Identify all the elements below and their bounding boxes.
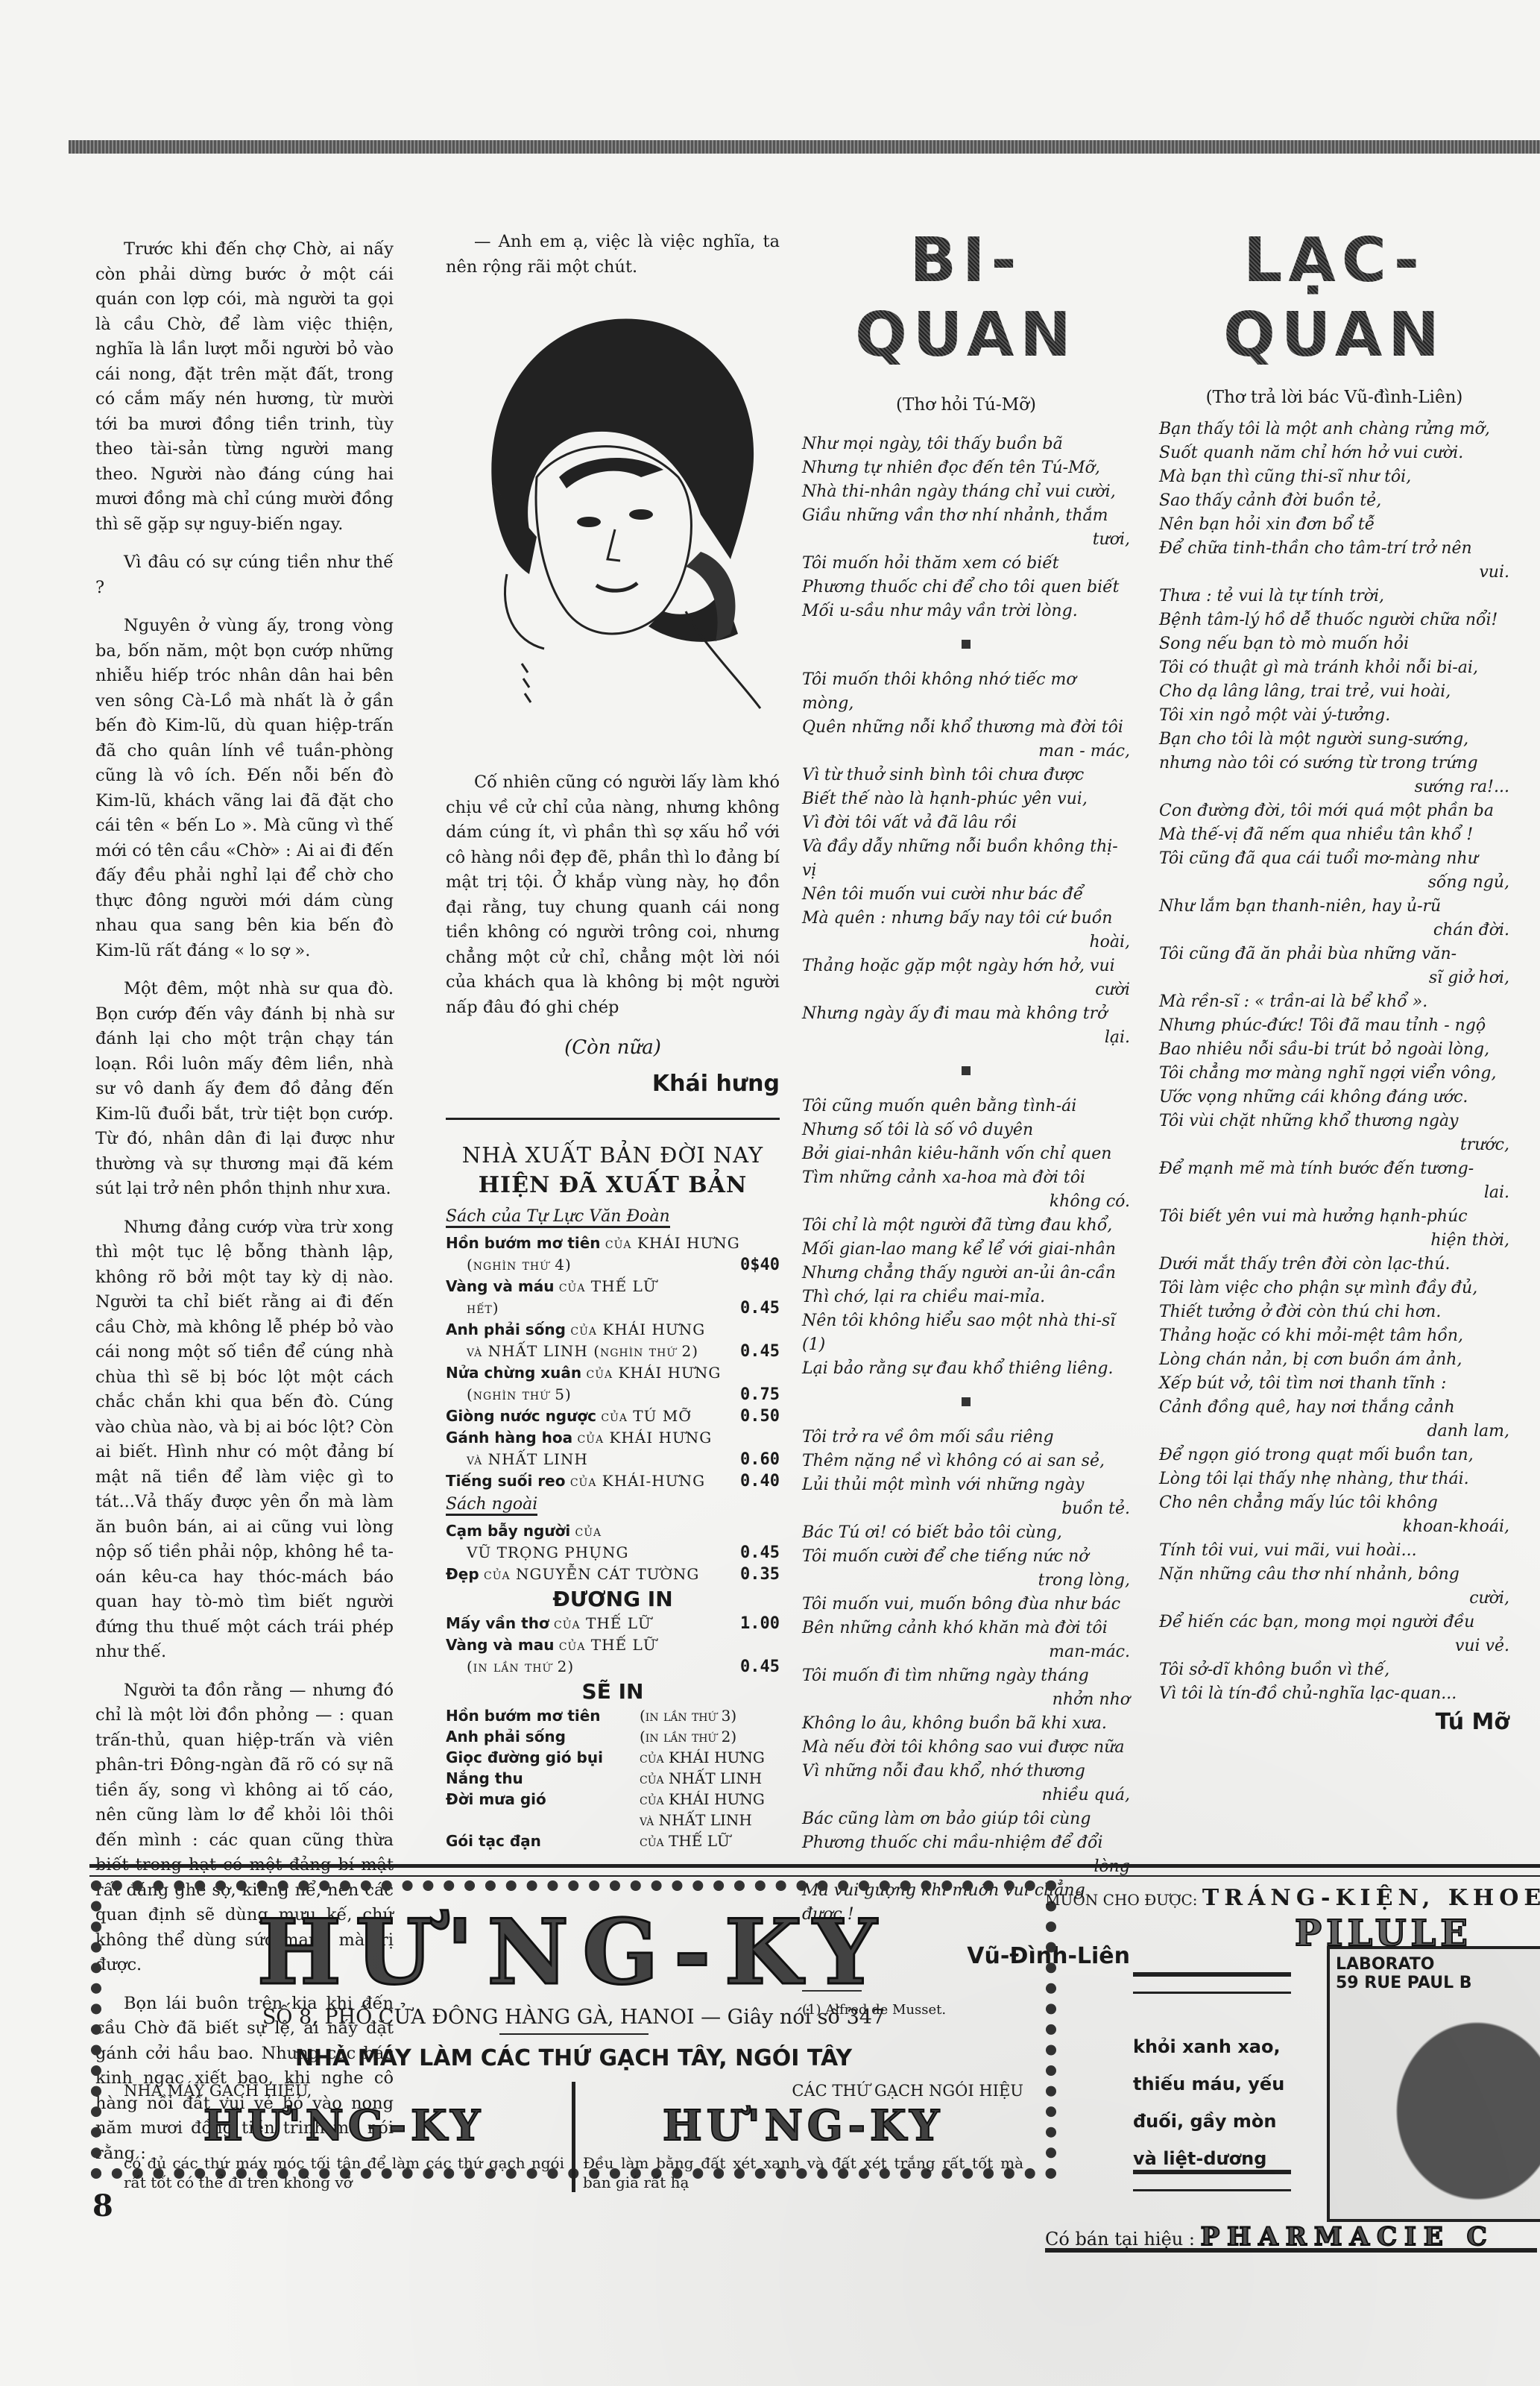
poem-line: Nhưng tự nhiên đọc đến tên Tú-Mỡ, bbox=[802, 456, 1130, 480]
poem-line: Mối u-sầu như mây vần trời lòng. bbox=[802, 599, 1130, 623]
book-title: Mấy vần thơ bbox=[446, 1614, 549, 1632]
book-listing: Tiếng suối reo của KHÁI-HƯNG0.40 bbox=[446, 1470, 780, 1492]
book-note: hết) bbox=[446, 1299, 499, 1317]
poem-line: Cho nên chẳng mấy lúc tôi không bbox=[1159, 1491, 1509, 1515]
lab-name: LABORATO bbox=[1336, 1955, 1540, 1974]
book-listing: Đẹp của NGUYỄN CÁT TƯỜNG0.35 bbox=[446, 1564, 780, 1585]
stanza-separator-icon bbox=[962, 1397, 971, 1406]
poem-line: Thưa : tẻ vui là tự tính trời, bbox=[1159, 585, 1509, 608]
story-author: Khái hưng bbox=[446, 1071, 780, 1097]
lab-address: 59 RUE PAUL B bbox=[1336, 1974, 1540, 1992]
poem-line-wrap: man - mác, bbox=[802, 740, 1130, 764]
poem-line-wrap: lại. bbox=[802, 1026, 1130, 1050]
upcoming-info: (in lần thứ 3) bbox=[640, 1705, 780, 1726]
poem-line: Nên bạn hỏi xin đơn bổ tễ bbox=[1159, 513, 1509, 537]
poem-line: Xếp bút vở, tôi tìm nơi thanh tĩnh : bbox=[1159, 1372, 1509, 1396]
book-info: Giòng nước ngược của TÚ MỠ bbox=[446, 1406, 692, 1427]
book-info: Cạm bẫy người củaVŨ TRỌNG PHỤNG bbox=[446, 1520, 629, 1564]
upcoming-info: (in lần thứ 2) bbox=[640, 1726, 780, 1747]
upcoming-info: của KHÁI HƯNG bbox=[640, 1747, 780, 1768]
panel-brand: HƯ'NG-KY bbox=[583, 2101, 1023, 2150]
poem-line: Tôi cũng muốn quên bằng tình-ái bbox=[802, 1095, 1130, 1118]
book-note: (nghìn thứ 4) bbox=[446, 1256, 572, 1274]
poem-lacquan: LẠC-QUAN (Thơ trả lời bác Vũ-đình-Liên) … bbox=[1159, 224, 1509, 1735]
poem-biquan: BI-QUAN (Thơ hỏi Tú-Mỡ) Như mọi ngày, tô… bbox=[802, 224, 1130, 2018]
poem-line: Vì từ thuở sinh bình tôi chưa được bbox=[802, 764, 1130, 787]
poem-line: Tôi chẳng mơ màng nghĩ ngợi viển vông, bbox=[1159, 1062, 1509, 1086]
book-price: 0.45 bbox=[740, 1542, 780, 1564]
hungky-brand: HƯ'NG-KY bbox=[116, 1904, 1031, 2001]
story-dialogue: — Anh em ạ, việc là việc nghĩa, ta nên r… bbox=[446, 230, 780, 280]
poem-line: Bệnh tâm-lý hồ dễ thuốc người chữa nổi! bbox=[1159, 608, 1509, 632]
poem-line-wrap: tươi, bbox=[802, 528, 1130, 552]
poem-line: Phương thuốc chi mầu-nhiệm để đổi bbox=[802, 1831, 1130, 1855]
poem-line: Tìm những cảnh xa-hoa mà đời tôi bbox=[802, 1166, 1130, 1190]
poem-line: Nặn những câu thơ nhí nhảnh, bông bbox=[1159, 1563, 1509, 1587]
poem-line: Tôi chỉ là một người đã từng đau khổ, bbox=[802, 1214, 1130, 1238]
page-number: 8 bbox=[92, 2188, 113, 2223]
poem-line: Vì tôi là tín-đồ chủ-nghĩa lạc-quan... bbox=[1159, 1682, 1509, 1706]
story-paragraph: Nhưng đảng cướp vừa trừ xong thì một tục… bbox=[95, 1215, 394, 1665]
book-author: của TÚ MỠ bbox=[601, 1407, 691, 1425]
poem-line: Dưới mắt thấy trên đời còn lạc-thú. bbox=[1159, 1253, 1509, 1277]
book-title: Hồn bướm mơ tiên bbox=[446, 1234, 601, 1252]
poem-line: Biết thế nào là hạnh-phúc yên vui, bbox=[802, 787, 1130, 811]
poem-subtitle: (Thơ hỏi Tú-Mỡ) bbox=[802, 395, 1130, 415]
poem-line: Giầu những vần thơ nhí nhảnh, thắm bbox=[802, 504, 1130, 528]
poem-line: Bác cũng làm ơn bảo giúp tôi cùng bbox=[802, 1807, 1130, 1831]
upcoming-title: Đời mưa gió bbox=[446, 1789, 640, 1810]
poem-line-wrap: nhởn nhơ bbox=[802, 1688, 1130, 1712]
poem-line-wrap: cười bbox=[802, 978, 1130, 1002]
poem-line: Nên tôi không hiểu sao một nhà thi-sĩ (1… bbox=[802, 1309, 1130, 1357]
poem-line: nhưng nào tôi có sướng từ trong trứng bbox=[1159, 752, 1509, 775]
decorative-rule bbox=[1133, 2170, 1291, 2191]
poem-line: Bao nhiêu nỗi sầu-bi trút bỏ ngoài lòng, bbox=[1159, 1038, 1509, 1062]
stanza-separator-icon bbox=[962, 1066, 971, 1075]
poem-title: LẠC-QUAN bbox=[1159, 224, 1509, 373]
poem-line-wrap: sĩ giở hơi, bbox=[1159, 966, 1509, 990]
poem-line: Mà bạn thì cũng thi-sĩ như tôi, bbox=[1159, 465, 1509, 489]
book-author: của THẾ LỮ bbox=[554, 1614, 651, 1632]
upcoming-book: và NHẤT LINH bbox=[446, 1810, 780, 1831]
poem-line: Tôi muốn thôi không nhớ tiếc mơ mòng, bbox=[802, 668, 1130, 716]
woman-illustration bbox=[462, 291, 775, 746]
stanza-separator-icon bbox=[962, 640, 971, 649]
pilule-tagline: MUỐN CHO ĐƯỢC: TRÁNG-KIỆN, KHOE bbox=[1045, 1885, 1540, 1911]
poem-line-wrap: nhiều quá, bbox=[802, 1784, 1130, 1807]
book-info: Vàng và máu của THẾ LỮhết) bbox=[446, 1276, 657, 1319]
poem-line: Tôi muốn cười để che tiếng nức nở bbox=[802, 1545, 1130, 1569]
poem-line: Nhưng chẳng thấy người an-ủi ân-cần bbox=[802, 1262, 1130, 1285]
book-author: của KHÁI-HƯNG bbox=[570, 1472, 705, 1490]
book-info: Nửa chừng xuân của KHÁI HƯNG(nghìn thứ 5… bbox=[446, 1362, 721, 1406]
book-author: của NGUYỄN CÁT TƯỜNG bbox=[484, 1565, 699, 1583]
book-author: của THẾ LỮ bbox=[559, 1636, 657, 1654]
upcoming-title: Hồn bướm mơ tiên bbox=[446, 1705, 640, 1726]
book-price: 0.60 bbox=[740, 1449, 780, 1470]
book-note: và NHẤT LINH bbox=[446, 1450, 588, 1468]
upcoming-info: của THẾ LỮ bbox=[640, 1831, 780, 1851]
decorative-rule bbox=[1133, 1972, 1291, 1994]
poem-line: Lòng chán nản, bị cơn buồn ám ảnh, bbox=[1159, 1348, 1509, 1372]
hungky-right-panel: CÁC THỨ GẠCH NGÓI HIỆU HƯ'NG-KY Đều làm … bbox=[575, 2082, 1031, 2192]
book-listing: Giòng nước ngược của TÚ MỠ0.50 bbox=[446, 1406, 780, 1427]
poem-line-wrap: man-mác. bbox=[802, 1640, 1130, 1664]
poem-stanza: Tôi cũng muốn quên bằng tình-áiNhưng số … bbox=[802, 1095, 1130, 1381]
book-title: Vàng và máu bbox=[446, 1277, 554, 1295]
poem-line-wrap: buồn tẻ. bbox=[802, 1497, 1130, 1521]
upcoming-book: Giọc đường gió bụicủa KHÁI HƯNG bbox=[446, 1747, 780, 1768]
book-info: Mấy vần thơ của THẾ LỮ bbox=[446, 1613, 651, 1634]
book-price: 0.45 bbox=[740, 1656, 780, 1678]
book-listing: Vàng và mau của THẾ LỮ(in lần thứ 2)0.45 bbox=[446, 1634, 780, 1678]
book-info: Tiếng suối reo của KHÁI-HƯNG bbox=[446, 1470, 705, 1492]
book-listing: Cạm bẫy người củaVŨ TRỌNG PHỤNG0.45 bbox=[446, 1520, 780, 1564]
book-info: Gánh hàng hoa của KHÁI HƯNGvà NHẤT LINH bbox=[446, 1427, 712, 1470]
upcoming-title bbox=[446, 1810, 640, 1831]
printing-heading: ĐƯƠNG IN bbox=[446, 1587, 780, 1611]
book-info: Anh phải sống của KHÁI HƯNGvà NHẤT LINH … bbox=[446, 1319, 705, 1362]
seller-label: Có bán tại hiệu : bbox=[1045, 2229, 1195, 2250]
poem-line: Tôi xin ngỏ một vài ý-tưởng. bbox=[1159, 704, 1509, 728]
poem-line-wrap: không có. bbox=[802, 1190, 1130, 1214]
book-note: (in lần thứ 2) bbox=[446, 1658, 574, 1675]
tagline-value: TRÁNG-KIỆN, KHOE bbox=[1202, 1885, 1540, 1911]
book-title: Nửa chừng xuân bbox=[446, 1364, 581, 1382]
poem-line: Mối gian-lao mang kể lể với giai-nhân bbox=[802, 1238, 1130, 1262]
book-listing: Hồn bướm mơ tiên của KHÁI HƯNG(nghìn thứ… bbox=[446, 1233, 780, 1276]
poem-line: Tôi vùi chặt những khổ thương ngày bbox=[1159, 1109, 1509, 1133]
poem-line-wrap: danh lam, bbox=[1159, 1420, 1509, 1444]
panel-caption: NHÀ MÁY GẠCH HIỆU, bbox=[124, 2082, 564, 2100]
upcoming-info: của NHẤT LINH bbox=[640, 1768, 780, 1789]
book-title: Anh phải sống bbox=[446, 1321, 566, 1338]
poem-subtitle: (Thơ trả lời bác Vũ-đình-Liên) bbox=[1159, 388, 1509, 407]
publisher-ad: NHÀ XUẤT BẢN ĐỜI NAY HIỆN ĐÃ XUẤT BẢN Sá… bbox=[446, 1142, 780, 1851]
poem-author: Tú Mỡ bbox=[1159, 1709, 1509, 1735]
book-listing: Gánh hàng hoa của KHÁI HƯNGvà NHẤT LINH0… bbox=[446, 1427, 780, 1470]
upcoming-book: Đời mưa giócủa KHÁI HƯNG bbox=[446, 1789, 780, 1810]
section-label: Sách ngoài bbox=[446, 1495, 537, 1516]
book-listing: Anh phải sống của KHÁI HƯNGvà NHẤT LINH … bbox=[446, 1319, 780, 1362]
poem-line-wrap: vui vẻ. bbox=[1159, 1634, 1509, 1658]
story-paragraph: Vì đâu có sự cúng tiền như thế ? bbox=[95, 550, 394, 600]
ad-bottom-rule bbox=[1045, 2248, 1537, 2253]
upcoming-title: Nắng thu bbox=[446, 1768, 640, 1789]
poem-line: Bạn cho tôi là một người sung-sướng, bbox=[1159, 728, 1509, 752]
book-author: của KHÁI HƯNG bbox=[587, 1364, 722, 1382]
pilule-benefit: khỏi xanh xao, thiếu máu, yếu đuối, gầy … bbox=[1133, 2028, 1297, 2177]
panel-body: Đều làm bằng đất xét xanh và đất xét trắ… bbox=[583, 2153, 1023, 2192]
poem-line: Tôi cũng đã ăn phải bùa những văn- bbox=[1159, 942, 1509, 966]
poem-line: Tính tôi vui, vui mãi, vui hoài... bbox=[1159, 1539, 1509, 1563]
poem-line: Để ngọn gió trong quạt mối buồn tan, bbox=[1159, 1444, 1509, 1467]
ornament-rule bbox=[499, 2033, 648, 2035]
seller-name: PHARMACIE C bbox=[1201, 2222, 1495, 2252]
poem-line: Mà rền-sĩ : « trần-ai là bể khổ ». bbox=[1159, 990, 1509, 1014]
poem-line-wrap: khoan-khoái, bbox=[1159, 1515, 1509, 1539]
header-rule bbox=[69, 140, 1540, 154]
poem-line: Cảnh đồng quê, hay nơi thắng cảnh bbox=[1159, 1396, 1509, 1420]
poem-line: Nhưng phúc-đức! Tôi đã mau tỉnh - ngộ bbox=[1159, 1014, 1509, 1038]
book-note: và NHẤT LINH (nghìn thứ 2) bbox=[446, 1342, 698, 1360]
poem-line-wrap: hiện thời, bbox=[1159, 1229, 1509, 1253]
hungky-headline: NHÀ MÁY LÀM CÁC THỨ GẠCH TÂY, NGÓI TÂY bbox=[116, 2045, 1031, 2071]
book-note: VŨ TRỌNG PHỤNG bbox=[446, 1543, 629, 1561]
poem-line: Thảng hoặc có khi mỏi-mệt tâm hồn, bbox=[1159, 1324, 1509, 1348]
poem-line: Bác Tú ơi! có biết bảo tôi cùng, bbox=[802, 1521, 1130, 1545]
poem-line: Bạn thấy tôi là một anh chàng rửng mỡ, bbox=[1159, 418, 1509, 441]
poem-title: BI-QUAN bbox=[802, 224, 1130, 373]
book-listing: Nửa chừng xuân của KHÁI HƯNG(nghìn thứ 5… bbox=[446, 1362, 780, 1406]
book-title: Gánh hàng hoa bbox=[446, 1429, 572, 1447]
section-label: Sách của Tự Lực Văn Đoàn bbox=[446, 1207, 670, 1228]
poem-line: Con đường đời, tôi mới quá một phần ba bbox=[1159, 799, 1509, 823]
poem-line: Quên những nỗi khổ thương mà đời tôi bbox=[802, 716, 1130, 740]
poem-line: Tôi muốn vui, muốn bông đùa như bác bbox=[802, 1593, 1130, 1617]
poem-line: Tôi biết yên vui mà hưởng hạnh-phúc bbox=[1159, 1205, 1509, 1229]
poem-line: Mà quên : nhưng bấy nay tôi cứ buồn bbox=[802, 907, 1130, 931]
book-author: của bbox=[575, 1522, 602, 1540]
book-author: của KHÁI HƯNG bbox=[605, 1234, 740, 1252]
poem-line: Thiết tưởng ở đời còn thú chi hơn. bbox=[1159, 1300, 1509, 1324]
poem-line: Như mọi ngày, tôi thấy buồn bã bbox=[802, 432, 1130, 456]
upcoming-title: Gói tạc đạn bbox=[446, 1831, 640, 1851]
poem-line: Để mạnh mẽ mà tính bước đến tương- bbox=[1159, 1157, 1509, 1181]
upcoming-book: Anh phải sống(in lần thứ 2) bbox=[446, 1726, 780, 1747]
book-price: 0.40 bbox=[740, 1470, 780, 1492]
poem-line: Sao thấy cảnh đời buồn tẻ, bbox=[1159, 489, 1509, 513]
poem-line: Suốt quanh năm chỉ hớn hở vui cười. bbox=[1159, 441, 1509, 465]
poem-line-wrap: vui. bbox=[1159, 561, 1509, 585]
book-price: 0.75 bbox=[740, 1384, 780, 1406]
upcoming-title: Giọc đường gió bụi bbox=[446, 1747, 640, 1768]
poem-line: Tôi trở ra về ôm mối sầu riêng bbox=[802, 1426, 1130, 1449]
poem-line: Lại bảo rằng sự đau khổ thiêng liêng. bbox=[802, 1357, 1130, 1381]
book-title: Đẹp bbox=[446, 1565, 479, 1583]
poem-line-wrap: hoài, bbox=[802, 931, 1130, 954]
poem-line: Bên những cảnh khó khăn mà đời tôi bbox=[802, 1617, 1130, 1640]
poem-line: Tôi muốn đi tìm những ngày tháng bbox=[802, 1664, 1130, 1688]
poem-line: Song nếu bạn tò mò muốn hỏi bbox=[1159, 632, 1509, 656]
pilule-seller: Có bán tại hiệu : PHARMACIE C bbox=[1045, 2222, 1495, 2252]
hungky-ad: HƯ'NG-KY SỐ 8, PHỐ CỬA ĐÔNG HÀNG GÀ, HAN… bbox=[91, 1880, 1056, 2179]
poem-line: Nhưng số tôi là số vô duyên bbox=[802, 1118, 1130, 1142]
poem-line: Tôi có thuật gì mà tránh khỏi nỗi bi-ai, bbox=[1159, 656, 1509, 680]
upcoming-info: và NHẤT LINH bbox=[640, 1810, 780, 1831]
poem-line: Để chữa tinh-thần cho tâm-trí trở nên bbox=[1159, 537, 1509, 561]
book-info: Đẹp của NGUYỄN CÁT TƯỜNG bbox=[446, 1564, 699, 1585]
poem-line: Tôi làm việc cho phận sự mình đầy đủ, bbox=[1159, 1277, 1509, 1300]
poem-line: Vì đời tôi vất vả đã lâu rồi bbox=[802, 811, 1130, 835]
poem-line: Không lo âu, không buồn bã khi xưa. bbox=[802, 1712, 1130, 1736]
poem-line: Cho dạ lâng lâng, trai trẻ, vui hoài, bbox=[1159, 680, 1509, 704]
poem-stanza: Như mọi ngày, tôi thấy buồn bãNhưng tự n… bbox=[802, 432, 1130, 623]
poem-line: Tôi sở-dĩ không buồn vì thế, bbox=[1159, 1658, 1509, 1682]
book-info: Vàng và mau của THẾ LỮ(in lần thứ 2) bbox=[446, 1634, 657, 1678]
upcoming-book: Gói tạc đạncủa THẾ LỮ bbox=[446, 1831, 780, 1851]
story-paragraph: Nguyên ở vùng ấy, trong vòng ba, bốn năm… bbox=[95, 614, 394, 963]
book-price: 1.00 bbox=[740, 1613, 780, 1634]
poem-line: Thảng hoặc gặp một ngày hớn hở, vui bbox=[802, 954, 1130, 978]
publisher-name: NHÀ XUẤT BẢN ĐỜI NAY bbox=[446, 1142, 780, 1168]
panel-caption: CÁC THỨ GẠCH NGÓI HIỆU bbox=[583, 2082, 1023, 2100]
upcoming-info: của KHÁI HƯNG bbox=[640, 1789, 780, 1810]
story-paragraph: Một đêm, một nhà sư qua đò. Bọn cướp đến… bbox=[95, 977, 394, 1202]
poem-line: Vì những nỗi đau khổ, nhớ thương bbox=[802, 1760, 1130, 1784]
poem-line: Nhưng ngày ấy đi mau mà không trở bbox=[802, 1002, 1130, 1026]
book-listing: Mấy vần thơ của THẾ LỮ1.00 bbox=[446, 1613, 780, 1634]
upcoming-heading: SẼ IN bbox=[446, 1679, 780, 1704]
book-author: của KHÁI HƯNG bbox=[577, 1429, 712, 1447]
book-author: của KHÁI HƯNG bbox=[570, 1321, 705, 1338]
book-title: Cạm bẫy người bbox=[446, 1522, 570, 1540]
poem-line: Tôi muốn hỏi thăm xem có biết bbox=[802, 552, 1130, 576]
book-price: 0.45 bbox=[740, 1341, 780, 1362]
tagline-label: MUỐN CHO ĐƯỢC: bbox=[1045, 1891, 1198, 1909]
story-paragraph: Cố nhiên cũng có người lấy làm khó chịu … bbox=[446, 770, 780, 1020]
poem-line-wrap: sướng ra!... bbox=[1159, 775, 1509, 799]
poem-line: Nên tôi muốn vui cười như bác để bbox=[802, 883, 1130, 907]
story-paragraph: Trước khi đến chợ Chờ, ai nấy còn phải d… bbox=[95, 237, 394, 537]
panel-body: có đủ các thứ máy móc tối tân để làm các… bbox=[124, 2153, 564, 2192]
upcoming-book: Nắng thucủa NHẤT LINH bbox=[446, 1768, 780, 1789]
poem-line: Thì chớ, lại ra chiều mai-mỉa. bbox=[802, 1285, 1130, 1309]
hungky-address: SỐ 8, PHỐ CỬA ĐÔNG HÀNG GÀ, HANOI — Giây… bbox=[116, 2006, 1031, 2029]
book-info: Hồn bướm mơ tiên của KHÁI HƯNG(nghìn thứ… bbox=[446, 1233, 740, 1276]
poem-line: Bởi giai-nhân kiêu-hãnh vốn chỉ quen bbox=[802, 1142, 1130, 1166]
continued-note: (Còn nữa) bbox=[446, 1036, 780, 1059]
poem-line-wrap: sống ngủ, bbox=[1159, 871, 1509, 895]
upcoming-book: Hồn bướm mơ tiên(in lần thứ 3) bbox=[446, 1705, 780, 1726]
book-note: (nghìn thứ 5) bbox=[446, 1385, 572, 1403]
book-price: 0.45 bbox=[740, 1297, 780, 1319]
book-title: Giòng nước ngược bbox=[446, 1407, 596, 1425]
poem-line: Mà thế-vị đã nếm qua nhiều tân khổ ! bbox=[1159, 823, 1509, 847]
book-title: Vàng và mau bbox=[446, 1636, 554, 1654]
book-price: 0$40 bbox=[740, 1254, 780, 1276]
book-listing: Vàng và máu của THẾ LỮhết)0.45 bbox=[446, 1276, 780, 1319]
book-price: 0.35 bbox=[740, 1564, 780, 1585]
laboratory-box: LABORATO 59 RUE PAUL B bbox=[1327, 1946, 1540, 2222]
book-author: của THẾ LỮ bbox=[559, 1277, 657, 1295]
section-divider bbox=[446, 1118, 780, 1120]
upcoming-title: Anh phải sống bbox=[446, 1726, 640, 1747]
panel-brand: HƯ'NG-KY bbox=[124, 2101, 564, 2150]
book-price: 0.50 bbox=[740, 1406, 780, 1427]
poem-line: Thêm nặng nề vì không có ai san sẻ, bbox=[802, 1449, 1130, 1473]
poem-stanza: Tôi muốn thôi không nhớ tiếc mơ mòng,Quê… bbox=[802, 668, 1130, 1050]
poem-line-wrap: lai. bbox=[1159, 1181, 1509, 1205]
poem-line: Ước vọng những cái không đáng ước. bbox=[1159, 1086, 1509, 1109]
poem-line: Tôi cũng đã qua cái tuổi mơ-màng như bbox=[1159, 847, 1509, 871]
poem-line-wrap: cười, bbox=[1159, 1587, 1509, 1611]
poem-line: Lủi thủi một mình với những ngày bbox=[802, 1473, 1130, 1497]
poem-line-wrap: trước, bbox=[1159, 1133, 1509, 1157]
book-title: Tiếng suối reo bbox=[446, 1472, 565, 1490]
poem-line-wrap: chán đời. bbox=[1159, 919, 1509, 942]
poem-line: Như lắm bạn thanh-niên, hay ủ-rũ bbox=[1159, 895, 1509, 919]
poem-line: Nhà thi-nhân ngày tháng chỉ vui cười, bbox=[802, 480, 1130, 504]
publisher-subtitle: HIỆN ĐÃ XUẤT BẢN bbox=[446, 1172, 780, 1198]
poem-line: Phương thuốc chi để cho tôi quen biết bbox=[802, 576, 1130, 599]
poem-stanza: Tôi trở ra về ôm mối sầu riêngThêm nặng … bbox=[802, 1426, 1130, 1927]
poem-line: Lòng tôi lại thấy nhẹ nhàng, thư thái. bbox=[1159, 1467, 1509, 1491]
poem-line: Và đầy dẫy những nỗi buồn không thị-vị bbox=[802, 835, 1130, 883]
poem-line-wrap: trong lòng, bbox=[802, 1569, 1130, 1593]
poem-line: Để hiến các bạn, mong mọi người đều bbox=[1159, 1611, 1509, 1634]
pilule-ad: MUỐN CHO ĐƯỢC: TRÁNG-KIỆN, KHOE PILULE k… bbox=[1038, 1872, 1540, 2252]
poem-line: Mà nếu đời tôi không sao vui được nữa bbox=[802, 1736, 1130, 1760]
hungky-left-panel: NHÀ MÁY GẠCH HIỆU, HƯ'NG-KY có đủ các th… bbox=[116, 2082, 575, 2192]
